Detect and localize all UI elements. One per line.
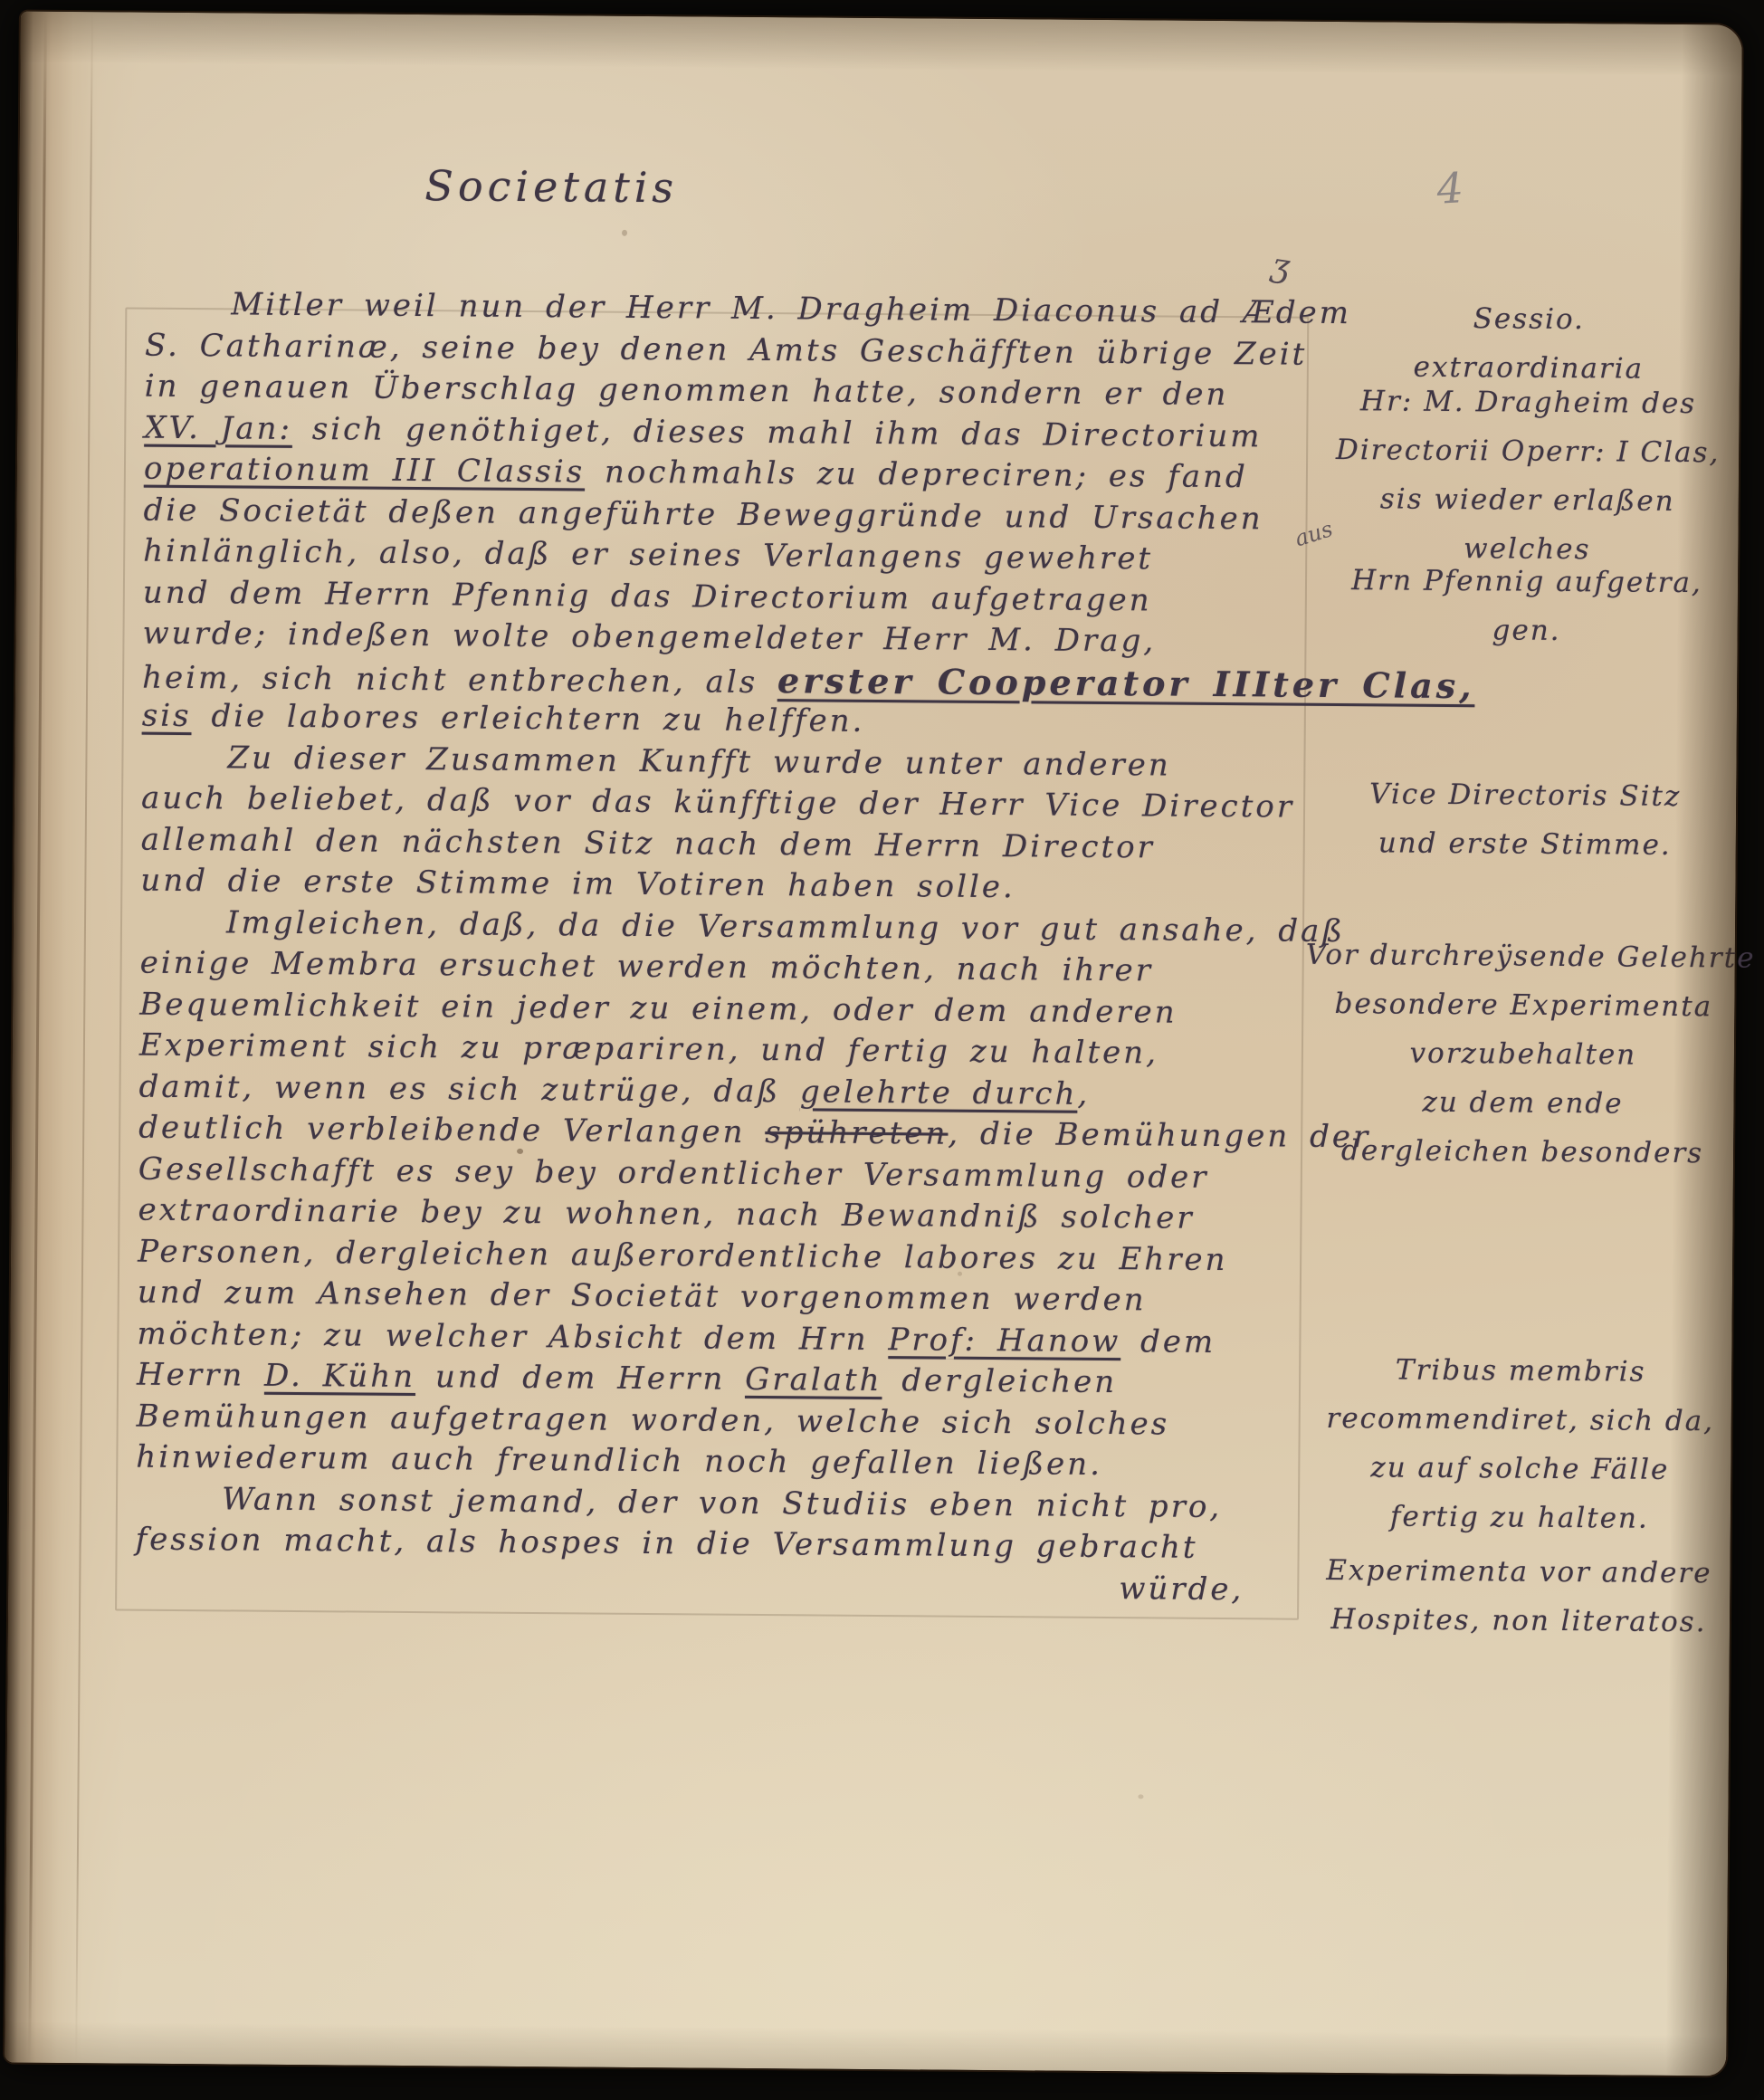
text-segment: spühreten <box>765 1114 948 1152</box>
margin-note-line: und erste Stimme. <box>1307 818 1743 871</box>
page-edge-crease <box>28 12 47 2063</box>
margin-note-line: Sessio. <box>1311 293 1747 346</box>
margin-note-line: zu auf solche Fälle <box>1302 1443 1738 1495</box>
text-segment: Gralath <box>745 1361 882 1398</box>
text-segment: dem <box>1120 1323 1216 1360</box>
text-segment: würde, <box>1119 1570 1244 1608</box>
text-segment: XV. Jan: <box>144 409 292 446</box>
text-segment: die labores erleichtern zu helffen. <box>191 698 864 740</box>
text-segment: nochmahls zu depreciren; es fand <box>585 453 1248 495</box>
text-segment: die Societät deßen angeführte Beweggründ… <box>143 492 1263 537</box>
text-segment: hinwiederum auch freundlich noch gefalle… <box>136 1439 1102 1483</box>
text-segment: und zum Ansehen der Societät vorgenommen… <box>138 1274 1147 1319</box>
margin-note: Tribus membrisrecommendiret, sich da,zu … <box>1302 1345 1740 1544</box>
text-segment: sich genöthiget, dieses mahl ihm das Dir… <box>292 410 1263 453</box>
text-segment: einige Membra ersuchet werden möchten, n… <box>140 945 1154 989</box>
margin-note-line: besondere Experimenta <box>1305 979 1741 1032</box>
text-segment: Mitler weil nun der Herr M. Dragheim Dia… <box>231 286 1351 331</box>
margin-note-line: sis wieder erlaßen <box>1310 474 1746 527</box>
margin-note: Vor durchreÿsende Gelehrtebesondere Expe… <box>1304 931 1742 1179</box>
text-segment: in genauen Überschlag genommen hatte, so… <box>145 368 1229 413</box>
margin-note-line: Tribus membris <box>1302 1345 1739 1398</box>
margin-note: Hrn Pfennig aufgetra,gen. <box>1308 556 1745 657</box>
body-lines: Mitler weil nun der Herr M. Dragheim Dia… <box>135 284 1308 1611</box>
text-segment: damit, wenn es sich zutrüge, daß <box>138 1068 800 1110</box>
text-segment: Personen, dergleichen außerordentliche l… <box>138 1233 1228 1277</box>
text-segment: erster Cooperator IIIter Clas, <box>777 660 1475 706</box>
margin-note-line: Hr: M. Dragheim des <box>1310 377 1746 429</box>
text-segment: Experiment sich zu præpariren, und ferti… <box>139 1027 1159 1072</box>
foxing-speck <box>1138 1794 1143 1799</box>
text-segment: S. Catharinæ, seine bey denen Amts Gesch… <box>145 327 1308 372</box>
margin-notes-column: Sessio.extraordinariaHr: M. Dragheim des… <box>1313 22 1750 25</box>
text-segment: gelehrte durch <box>800 1074 1078 1112</box>
text-segment: deutlich verbleibende Verlangen <box>138 1110 765 1150</box>
margin-note-line: Hospites, non literatos. <box>1301 1595 1737 1647</box>
text-segment: und dem Herrn Pfennig das Directorium au… <box>143 574 1152 618</box>
margin-note: Vice Directoris Sitzund erste Stimme. <box>1307 769 1744 871</box>
margin-note-line: Experimenta vor andere <box>1301 1546 1737 1599</box>
manuscript-page: 4 Societatis Mitler weil nun der Herr M.… <box>5 12 1742 2076</box>
margin-note-line: Vor durchreÿsende Gelehrte <box>1306 931 1742 983</box>
text-segment: , <box>1077 1075 1090 1112</box>
margin-note: Experimenta vor andereHospites, non lite… <box>1301 1546 1738 1647</box>
text-segment: extraordinarie bey zu wohnen, nach Bewan… <box>138 1192 1194 1236</box>
foxing-speck <box>958 1272 962 1276</box>
text-segment: Herrn <box>137 1357 264 1394</box>
text-segment: möchten; zu welcher Absicht dem Hrn <box>137 1315 888 1358</box>
manuscript-scan: 4 Societatis Mitler weil nun der Herr M.… <box>0 0 1764 2100</box>
text-segment: und die erste Stimme im Votiren haben so… <box>140 863 1015 906</box>
text-segment: Prof: Hanow <box>888 1322 1120 1360</box>
text-segment: operationum III Classis <box>144 451 586 491</box>
text-segment: heim, sich nicht entbrechen, als <box>142 659 777 701</box>
ink-mark-squiggle: ʒ <box>1269 246 1292 286</box>
margin-note-line: dergleichen besonders <box>1304 1126 1740 1179</box>
binding-gutter <box>5 12 138 2064</box>
text-segment: allemahl den nächsten Sitz nach dem Herr… <box>141 821 1155 865</box>
text-segment: D. Kühn <box>264 1358 415 1395</box>
foxing-speck <box>517 1149 523 1154</box>
text-segment: Bequemlichkeit ein jeder zu einem, oder … <box>139 986 1178 1030</box>
margin-note: Hr: M. Dragheim desDirectorii Operr: I C… <box>1309 377 1747 576</box>
page-title: Societatis <box>424 161 678 212</box>
margin-note-line: vorzubehalten <box>1305 1028 1741 1081</box>
text-segment: dergleichen <box>882 1362 1117 1400</box>
text-segment: Gesellschafft es sey bey ordentlicher Ve… <box>138 1150 1209 1195</box>
margin-note-line: Vice Directoris Sitz <box>1307 769 1743 822</box>
text-segment: Wann sonst jemand, der von Studiis eben … <box>222 1481 1222 1525</box>
margin-note-line: gen. <box>1308 605 1744 657</box>
text-segment: sis <box>142 698 192 734</box>
page-edge-crease <box>75 12 93 2063</box>
text-segment: hinlänglich, also, daß er seines Verlang… <box>143 533 1153 577</box>
margin-note-line: Directorii Operr: I Clas, <box>1310 425 1746 478</box>
text-segment: wurde; indeßen wolte obengemeldeter Herr… <box>142 616 1156 660</box>
margin-note-line: recommendiret, sich da, <box>1302 1394 1739 1446</box>
margin-note-line: zu dem ende <box>1304 1077 1740 1130</box>
text-segment: Bemühungen aufgetragen worden, welche si… <box>137 1398 1170 1442</box>
foxing-speck <box>622 230 627 236</box>
page-number: 4 <box>1435 163 1467 214</box>
text-segment: und dem Herrn <box>415 1359 745 1398</box>
margin-note-line: fertig zu halten. <box>1302 1492 1738 1544</box>
text-segment: fession macht, als hospes in die Versamm… <box>136 1522 1198 1566</box>
margin-note-line: Hrn Pfennig aufgetra, <box>1309 556 1745 608</box>
text-segment: auch beliebet, daß vor das künfftige der… <box>141 780 1294 826</box>
text-segment: Zu dieser Zusammen Kunfft wurde unter an… <box>227 740 1171 783</box>
text-segment: Imgleichen, daß, da die Versammlung vor … <box>226 904 1345 950</box>
